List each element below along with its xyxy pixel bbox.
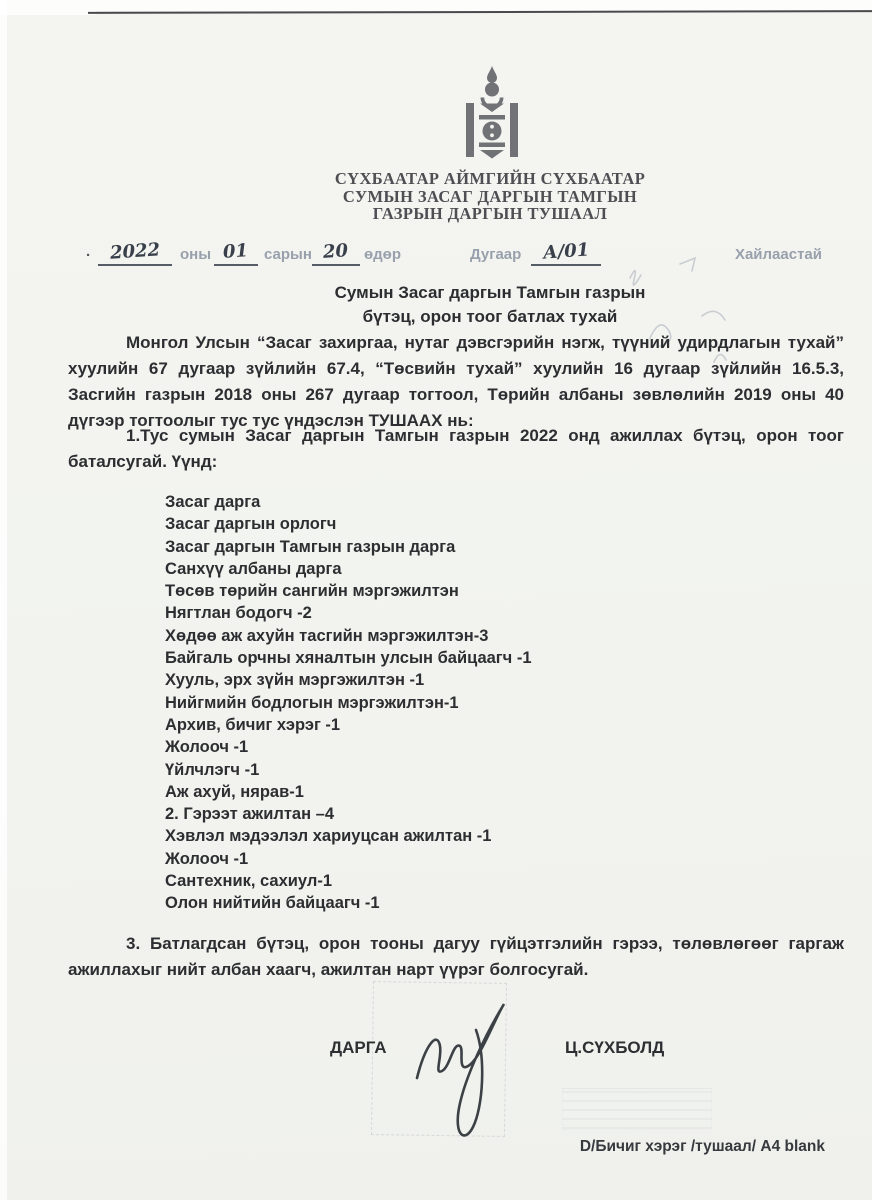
signatory-name: Ц.СҮХБОЛД	[565, 1038, 664, 1058]
list-item: Жолооч -1	[165, 736, 765, 758]
scan-edge-artifact	[0, 0, 7, 1200]
org-name-line3: ГАЗРЫН ДАРГЫН ТУШААЛ	[100, 205, 872, 223]
list-item: Хэвлэл мэдээлэл хариуцсан ажилтан -1	[165, 825, 765, 847]
document-number-field: А/01	[531, 243, 601, 266]
org-name-line1: СҮХБААТАР АЙМГИЙН СҮХБААТАР	[100, 170, 872, 188]
document-title: Сумын Засаг даргын Тамгын газрын бүтэц, …	[100, 281, 872, 329]
list-item: Нийгмийн бодлогын мэргэжилтэн-1	[165, 692, 765, 714]
list-item: Аж ахуй, нярав-1	[165, 781, 765, 803]
org-name-line2: СУМЫН ЗАСАГ ДАРГЫН ТАМГЫН	[100, 188, 872, 206]
date-year-field: 2022	[98, 243, 172, 266]
footer-file-note: D/Бичиг хэрэг /тушаал/ A4 blank	[580, 1138, 825, 1156]
soyombo-emblem-icon	[456, 64, 528, 166]
positions-list: Засаг дарга Засаг даргын орлогч Засаг да…	[165, 491, 765, 915]
date-year-value: 2022	[109, 239, 160, 263]
list-item: Олон нийтийн байцаагч -1	[165, 892, 765, 914]
document-title-line2: бүтэц, орон тоог батлах тухай	[100, 305, 872, 329]
date-day-value: 20	[323, 240, 349, 263]
list-item: Архив, бичиг хэрэг -1	[165, 714, 765, 736]
list-item: Үйлчлэгч -1	[165, 759, 765, 781]
date-day-field: 20	[312, 243, 360, 266]
list-item: Жолооч -1	[165, 848, 765, 870]
list-item: Засаг даргын Тамгын газрын дарга	[165, 536, 765, 558]
signatory-role-label: ДАРГА	[330, 1038, 387, 1058]
stray-mark: .	[86, 243, 90, 260]
clause-1-paragraph: 1.Тус сумын Засаг даргын Тамгын газрын 2…	[68, 423, 844, 475]
list-item: Санхүү албаны дарга	[165, 558, 765, 580]
document-number-value: А/01	[542, 239, 590, 263]
date-year-label: оны	[180, 246, 211, 263]
date-month-field: 01	[214, 243, 258, 266]
list-item: Төсөв төрийн сангийн мэргэжилтэн	[165, 580, 765, 602]
date-month-value: 01	[223, 240, 249, 263]
list-item: Байгаль орчны хяналтын улсын байцаагч -1	[165, 647, 765, 669]
list-item: Хууль, эрх зүйн мэргэжилтэн -1	[165, 669, 765, 691]
handwritten-signature-icon	[403, 980, 515, 1152]
faint-stamp-residue	[562, 1088, 712, 1130]
document-title-line1: Сумын Засаг даргын Тамгын газрын	[100, 281, 872, 305]
list-item: Хөдөө аж ахуйн тасгийн мэргэжилтэн-3	[165, 625, 765, 647]
scan-edge-line	[88, 10, 872, 14]
list-item: 2. Гэрээт ажилтан –4	[165, 803, 765, 825]
document-number-label: Дугаар	[470, 246, 521, 263]
decree-basis-paragraph: Монгол Улсын “Засаг захиргаа, нутаг дэвс…	[68, 330, 844, 434]
list-item: Сантехник, сахиул-1	[165, 870, 765, 892]
list-item: Нягтлан бодогч -2	[165, 602, 765, 624]
date-day-label: өдөр	[364, 246, 401, 263]
org-header: СҮХБААТАР АЙМГИЙН СҮХБААТАР СУМЫН ЗАСАГ …	[100, 170, 872, 223]
list-item: Засаг дарга	[165, 491, 765, 513]
scanned-document-page: СҮХБААТАР АЙМГИЙН СҮХБААТАР СУМЫН ЗАСАГ …	[0, 0, 872, 1200]
clause-3-paragraph: 3. Батлагдсан бүтэц, орон тооны дагуу гү…	[68, 931, 844, 983]
date-month-label: сарын	[264, 246, 312, 263]
scan-edge-artifact	[0, 0, 872, 11]
list-item: Засаг даргын орлогч	[165, 513, 765, 535]
scan-edge-artifact	[0, 0, 96, 15]
